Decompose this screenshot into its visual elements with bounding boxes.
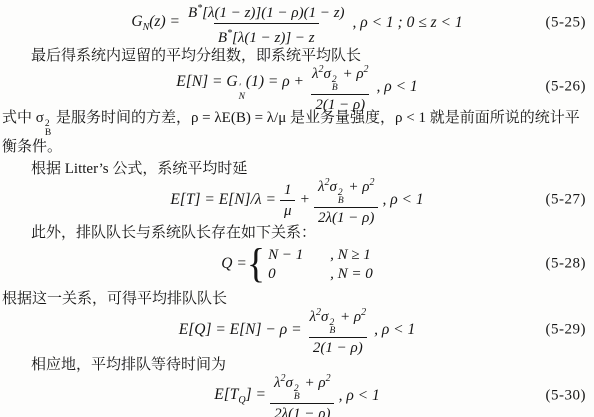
equation-number: (5-25) bbox=[546, 15, 587, 32]
fraction-numerator: λ2σ2B + ρ2 bbox=[306, 304, 371, 337]
equation-number: (5-26) bbox=[546, 79, 587, 96]
textbook-page: GN(z) = B*[λ(1 − z)](1 − ρ)(1 − z) B*[λ(… bbox=[0, 0, 594, 417]
case-row: N − 1 , N ≥ 1 bbox=[268, 246, 373, 264]
fraction-numerator: 1 bbox=[280, 181, 296, 200]
cases-column: N − 1 , N ≥ 1 0 , N = 0 bbox=[268, 246, 373, 283]
case-value: N − 1 bbox=[268, 246, 330, 264]
equation-5-26: E[N] = G′N(1) = ρ + λ2σ2B + ρ2 2(1 − ρ) … bbox=[0, 66, 594, 108]
equation-5-27: E[T] = E[N]/λ = 1 μ + λ2σ2B + ρ2 2λ(1 − … bbox=[0, 179, 594, 221]
fraction-denominator: μ bbox=[280, 200, 296, 220]
equation-number: (5-27) bbox=[546, 192, 587, 209]
equation-number: (5-29) bbox=[546, 322, 587, 339]
equation-condition: , ρ < 1 bbox=[377, 78, 418, 96]
equation-5-29: E[Q] = E[N] − ρ = λ2σ2B + ρ2 2(1 − ρ) , … bbox=[0, 309, 594, 351]
case-row: 0 , N = 0 bbox=[268, 265, 373, 283]
equation-body: Q = { N − 1 , N ≥ 1 0 , N = 0 bbox=[221, 246, 372, 283]
left-brace: { bbox=[247, 246, 265, 283]
case-condition: , N ≥ 1 bbox=[330, 246, 371, 264]
equation-condition: , ρ < 1 ; 0 ≤ z < 1 bbox=[353, 14, 463, 32]
fraction-numerator: λ2σ2B + ρ2 bbox=[270, 370, 335, 403]
plus-operator: + bbox=[299, 191, 309, 209]
equation-body: E[N] = G′N(1) = ρ + λ2σ2B + ρ2 2(1 − ρ) … bbox=[176, 61, 417, 114]
equation-condition: , ρ < 1 bbox=[339, 387, 380, 405]
fraction: λ2σ2B + ρ2 2λ(1 − ρ) bbox=[314, 174, 379, 227]
equation-body: E[Q] = E[N] − ρ = λ2σ2B + ρ2 2(1 − ρ) , … bbox=[179, 304, 416, 357]
equation-condition: , ρ < 1 bbox=[374, 321, 415, 339]
case-value: 0 bbox=[268, 265, 330, 283]
equation-5-28: Q = { N − 1 , N ≥ 1 0 , N = 0 (5-28) bbox=[0, 243, 594, 285]
equation-lhs: E[Q] = E[N] − ρ = bbox=[179, 321, 302, 339]
equation-lhs: GN(z) = bbox=[131, 13, 180, 33]
equation-5-30: E[TQ] = λ2σ2B + ρ2 2λ(1 − ρ) , ρ < 1 (5-… bbox=[0, 375, 594, 417]
equation-lhs: E[TQ] = bbox=[214, 386, 266, 406]
equation-condition: , ρ < 1 bbox=[382, 191, 423, 209]
fraction-denominator: 2λ(1 − ρ) bbox=[314, 207, 378, 227]
fraction-numerator: λ2σ2B + ρ2 bbox=[308, 61, 373, 94]
fraction: B*[λ(1 − z)](1 − ρ)(1 − z) B*[λ(1 − z)] … bbox=[184, 0, 349, 47]
fraction: λ2σ2B + ρ2 2(1 − ρ) bbox=[306, 304, 371, 357]
equation-lhs: E[N] = G′N(1) = ρ + bbox=[176, 73, 304, 101]
equation-number: (5-28) bbox=[546, 256, 587, 273]
fraction: λ2σ2B + ρ2 2(1 − ρ) bbox=[308, 61, 373, 114]
equation-body: E[TQ] = λ2σ2B + ρ2 2λ(1 − ρ) , ρ < 1 bbox=[214, 370, 379, 417]
fraction-denominator: 2(1 − ρ) bbox=[311, 94, 369, 114]
piecewise-cases: { N − 1 , N ≥ 1 0 , N = 0 bbox=[247, 246, 373, 283]
fraction: λ2σ2B + ρ2 2λ(1 − ρ) bbox=[270, 370, 335, 417]
fraction-numerator: λ2σ2B + ρ2 bbox=[314, 174, 379, 207]
equation-body: E[T] = E[N]/λ = 1 μ + λ2σ2B + ρ2 2λ(1 − … bbox=[170, 174, 423, 227]
equation-lhs: Q = bbox=[221, 255, 247, 273]
fraction-numerator: B*[λ(1 − z)](1 − ρ)(1 − z) bbox=[184, 0, 349, 23]
fraction-one-over-mu: 1 μ bbox=[280, 181, 296, 220]
fraction-denominator: B*[λ(1 − z)] − z bbox=[214, 23, 319, 47]
fraction-denominator: 2(1 − ρ) bbox=[309, 337, 367, 357]
equation-number: (5-30) bbox=[546, 388, 587, 405]
equation-lhs: E[T] = E[N]/λ = bbox=[170, 191, 276, 209]
fraction-denominator: 2λ(1 − ρ) bbox=[270, 403, 334, 417]
equation-5-25: GN(z) = B*[λ(1 − z)](1 − ρ)(1 − z) B*[λ(… bbox=[0, 2, 594, 44]
case-condition: , N = 0 bbox=[330, 265, 373, 283]
equation-body: GN(z) = B*[λ(1 − z)](1 − ρ)(1 − z) B*[λ(… bbox=[131, 0, 462, 47]
paragraph-variance-definition-line2: 衡条件。 bbox=[0, 137, 594, 157]
